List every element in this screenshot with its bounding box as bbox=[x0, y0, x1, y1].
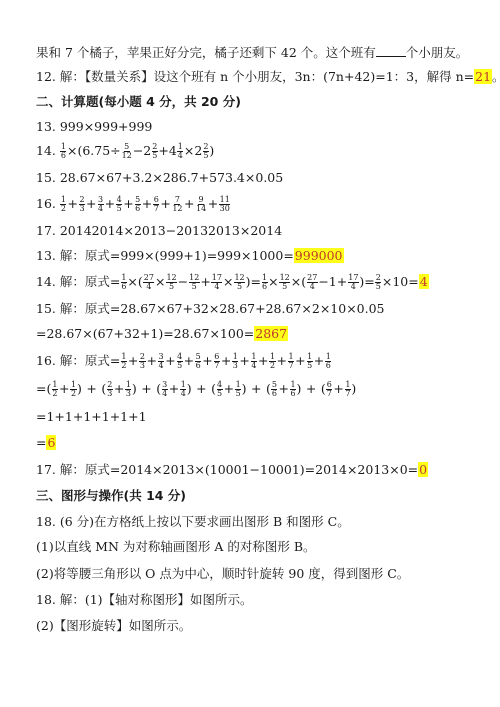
fraction: 274 bbox=[307, 274, 318, 292]
fraction: 45 bbox=[177, 353, 183, 371]
fraction: 712 bbox=[172, 196, 183, 214]
question-16: 16. 12+23+34+45+56+67+712+914+1130 bbox=[36, 195, 231, 214]
answer-16-line1: 16. 解：原式=12+23+34+45+56+67+13+14+12+17+1… bbox=[36, 352, 332, 371]
fraction: 12 bbox=[121, 353, 127, 371]
a16-eq: = bbox=[36, 435, 46, 450]
paren: ) bbox=[351, 381, 356, 396]
answer-12: 12. 解：【数量关系】设这个班有 n 个小朋友，3n：(7n+42)=1：3，… bbox=[36, 68, 500, 86]
a14-text: × bbox=[268, 274, 278, 289]
fraction: 512 bbox=[121, 143, 132, 161]
plus-sign: + bbox=[142, 196, 152, 211]
highlighted-answer: 2867 bbox=[254, 326, 288, 341]
plus-sign: + bbox=[147, 353, 157, 368]
a14-text: × bbox=[223, 274, 233, 289]
a14-text: 14. 解：原式= bbox=[36, 274, 120, 289]
question-18-stem: 18. (6 分)在方格纸上按以下要求画出图形 B 和图形 C。 bbox=[36, 513, 350, 531]
plus-sign: + bbox=[247, 381, 265, 396]
fraction: 56 bbox=[195, 353, 201, 371]
answer-18-part1: 18. 解：(1)【轴对称图形】如图所示。 bbox=[36, 591, 253, 609]
question-15: 15. 28.67×67+3.2×286.7+573.4×0.05 bbox=[36, 169, 283, 187]
plus-sign: + bbox=[137, 381, 155, 396]
plus-sign: + bbox=[202, 353, 212, 368]
plus-sign: + bbox=[165, 353, 175, 368]
plus-sign: + bbox=[302, 381, 320, 396]
fraction: 34 bbox=[98, 196, 104, 214]
plus-sign: + bbox=[208, 196, 218, 211]
fraction: 174 bbox=[348, 274, 359, 292]
question-18-part1: (1)以直线 MN 为对称轴画图形 A 的对称图形 B。 bbox=[36, 538, 316, 556]
fraction: 174 bbox=[211, 274, 222, 292]
paren: ( bbox=[211, 381, 216, 396]
q14-text: ×2 bbox=[184, 143, 202, 158]
a14-text: )= bbox=[246, 274, 261, 289]
plus-sign: + bbox=[82, 381, 100, 396]
highlighted-answer: 999000 bbox=[294, 248, 344, 263]
a14-text: )= bbox=[359, 274, 374, 289]
fraction: 14 bbox=[251, 353, 257, 371]
q14-text: ×(6.75÷ bbox=[67, 143, 121, 158]
fraction: 12 bbox=[70, 381, 76, 399]
a17-text: 17. 解：原式=2014×2013×(10001−10001)=2014×20… bbox=[36, 462, 418, 477]
question-17: 17. 20142014×2013−20132013×2014 bbox=[36, 222, 282, 240]
fraction: 45 bbox=[116, 196, 122, 214]
fraction: 67 bbox=[153, 196, 159, 214]
a12-text: 12. 解：【数量关系】设这个班有 n 个小朋友，3n：(7n+42)=1：3，… bbox=[36, 69, 474, 84]
fraction: 23 bbox=[139, 353, 145, 371]
question-18-part2: (2)将等腰三角形以 O 点为中心，顺时针旋转 90 度，得到图形 C。 bbox=[36, 565, 409, 583]
fraction: 67 bbox=[326, 381, 332, 399]
highlighted-answer: 6 bbox=[46, 435, 56, 450]
fraction: 23 bbox=[79, 196, 85, 214]
answer-13: 13. 解：原式=999×(999+1)=999×1000=999000 bbox=[36, 247, 344, 265]
plus-sign: + bbox=[184, 353, 194, 368]
fraction: 13 bbox=[125, 381, 131, 399]
paren: ) bbox=[242, 381, 247, 396]
fraction: 16 bbox=[325, 353, 331, 371]
q11-text-after: 个小朋友。 bbox=[406, 45, 469, 60]
a14-text: × bbox=[155, 274, 165, 289]
fraction: 13 bbox=[232, 353, 238, 371]
equals-sign: = bbox=[36, 381, 46, 396]
plus-sign: + bbox=[123, 196, 133, 211]
fraction: 15 bbox=[235, 381, 241, 399]
plus-sign: + bbox=[224, 381, 234, 396]
fraction: 17 bbox=[288, 353, 294, 371]
answer-14: 14. 解：原式=16×(274×125−125+174×125)=16×125… bbox=[36, 273, 429, 292]
a12-suffix: 。 bbox=[492, 69, 500, 84]
section-heading-geometry: 三、图形与操作(共 14 分) bbox=[36, 487, 186, 505]
question-14: 14. 16×(6.75÷512−225+414×225) bbox=[36, 142, 214, 161]
fraction: 1130 bbox=[219, 196, 230, 214]
fraction: 45 bbox=[217, 381, 223, 399]
fraction: 25 bbox=[375, 274, 381, 292]
paren: ( bbox=[101, 381, 106, 396]
fraction: 12 bbox=[269, 353, 275, 371]
plus-sign: + bbox=[239, 353, 249, 368]
q16-label: 16. bbox=[36, 196, 60, 211]
fraction: 16 bbox=[290, 381, 296, 399]
fraction: 125 bbox=[166, 274, 177, 292]
fraction: 914 bbox=[196, 196, 207, 214]
plus-sign: + bbox=[314, 353, 324, 368]
q14-text: +4 bbox=[158, 143, 176, 158]
paren: ) bbox=[297, 381, 302, 396]
answer-blank bbox=[376, 44, 406, 57]
plus-sign: + bbox=[184, 196, 194, 211]
paren: ( bbox=[46, 381, 51, 396]
section-heading-calculation: 二、计算题(每小题 4 分，共 20 分) bbox=[36, 93, 241, 111]
plus-sign: + bbox=[221, 353, 231, 368]
fraction: 34 bbox=[162, 381, 168, 399]
fraction: 25 bbox=[203, 143, 209, 161]
plus-sign: + bbox=[169, 381, 179, 396]
fraction: 25 bbox=[152, 143, 158, 161]
a14-text: −1+ bbox=[318, 274, 347, 289]
plus-sign: + bbox=[192, 381, 210, 396]
answer-15-line1: 15. 解：原式=28.67×67+32×28.67+28.67×2×10×0.… bbox=[36, 300, 385, 318]
plus-sign: + bbox=[59, 381, 69, 396]
question-13: 13. 999×999+999 bbox=[36, 118, 152, 136]
a14-text: − bbox=[178, 274, 188, 289]
fraction: 56 bbox=[271, 381, 277, 399]
fraction: 274 bbox=[143, 274, 154, 292]
fraction: 34 bbox=[158, 353, 164, 371]
q14-text: −2 bbox=[133, 143, 151, 158]
answer-17: 17. 解：原式=2014×2013×(10001−10001)=2014×20… bbox=[36, 461, 428, 479]
answer-16-line2: =(12+12) + (23+13) + (34+14) + (45+15) +… bbox=[36, 380, 356, 399]
answer-16-line4: =6 bbox=[36, 434, 56, 452]
a14-text: ×10= bbox=[382, 274, 419, 289]
a15-text: =28.67×(67+32+1)=28.67×100= bbox=[36, 326, 254, 341]
fraction: 56 bbox=[135, 196, 141, 214]
a14-text: ×( bbox=[127, 274, 142, 289]
fraction: 67 bbox=[214, 353, 220, 371]
plus-sign: + bbox=[105, 196, 115, 211]
paren: ) bbox=[187, 381, 192, 396]
fraction: 125 bbox=[189, 274, 200, 292]
fraction: 16 bbox=[121, 274, 127, 292]
answer-15-line2: =28.67×(67+32+1)=28.67×100=2867 bbox=[36, 325, 288, 343]
question-11-tail: 果和 7 个橘子，苹果正好分完，橘子还剩下 42 个。这个班有个小朋友。 bbox=[36, 44, 468, 62]
fraction: 23 bbox=[107, 381, 113, 399]
answer-18-part2: (2)【图形旋转】如图所示。 bbox=[36, 617, 191, 635]
fraction: 16 bbox=[60, 143, 66, 161]
plus-sign: + bbox=[160, 196, 170, 211]
paren: ( bbox=[266, 381, 271, 396]
highlighted-answer: 0 bbox=[418, 462, 428, 477]
q14-text: ) bbox=[209, 143, 214, 158]
plus-sign: + bbox=[67, 196, 77, 211]
plus-sign: + bbox=[114, 381, 124, 396]
highlighted-answer: 21 bbox=[474, 69, 492, 84]
fraction: 125 bbox=[234, 274, 245, 292]
fraction: 12 bbox=[60, 196, 66, 214]
fraction: 125 bbox=[279, 274, 290, 292]
a14-text: ×( bbox=[291, 274, 306, 289]
answer-16-line3: =1+1+1+1+1+1 bbox=[36, 408, 147, 426]
highlighted-answer: 4 bbox=[419, 274, 429, 289]
fraction: 14 bbox=[180, 381, 186, 399]
paren: ( bbox=[156, 381, 161, 396]
fraction: 15 bbox=[307, 353, 313, 371]
plus-sign: + bbox=[258, 353, 268, 368]
paren: ( bbox=[321, 381, 326, 396]
q11-text: 果和 7 个橘子，苹果正好分完，橘子还剩下 42 个。这个班有 bbox=[36, 45, 376, 60]
fraction: 14 bbox=[177, 143, 183, 161]
plus-sign: + bbox=[128, 353, 138, 368]
plus-sign: + bbox=[278, 381, 288, 396]
q14-label: 14. bbox=[36, 143, 56, 158]
fraction: 17 bbox=[345, 381, 351, 399]
fraction: 12 bbox=[52, 381, 58, 399]
plus-sign: + bbox=[86, 196, 96, 211]
a13-text: 13. 解：原式=999×(999+1)=999×1000= bbox=[36, 248, 294, 263]
a14-text: + bbox=[200, 274, 210, 289]
plus-sign: + bbox=[277, 353, 287, 368]
fraction: 16 bbox=[262, 274, 268, 292]
plus-sign: + bbox=[333, 381, 343, 396]
plus-sign: + bbox=[295, 353, 305, 368]
a16-label: 16. 解：原式= bbox=[36, 353, 120, 368]
